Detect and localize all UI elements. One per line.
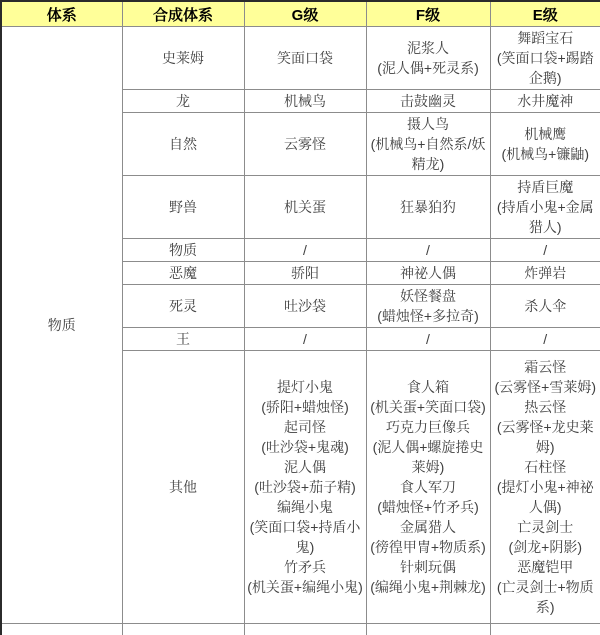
cell-grade-e: 霜云怪 (云雾怪+雪莱姆) 热云怪 (云雾怪+龙史莱姆) 石柱怪 (提灯小鬼+神…: [490, 351, 600, 624]
cell-hecheng: 自然: [122, 113, 244, 176]
cell-hecheng: 死灵: [122, 285, 244, 328]
cell-grade-g: 提灯小鬼 (骄阳+蜡烛怪) 起司怪 (吐沙袋+鬼魂) 泥人偶 (吐沙袋+茄子精)…: [244, 351, 366, 624]
cell-grade-g: 机械鸟: [244, 90, 366, 113]
tixi-group-cell: 物质: [1, 27, 122, 624]
cell-grade-f: /: [366, 239, 490, 262]
cell-grade-g: 机关蛋: [244, 176, 366, 239]
header-cell-grade-f: F级: [366, 1, 490, 27]
cell-grade-e: 持盾巨魔 (持盾小鬼+金属猎人): [490, 176, 600, 239]
cell-grade-g: 笑面口袋: [244, 27, 366, 90]
header-row: 体系 合成体系 G级 F级 E级: [1, 1, 600, 27]
cell-hecheng: 物质: [122, 239, 244, 262]
cell-grade-g: 骄阳: [244, 262, 366, 285]
header-cell-grade-e: E级: [490, 1, 600, 27]
cell-grade-f: 狂暴狛犳: [366, 176, 490, 239]
cell-grade-g: 云雾怪: [244, 113, 366, 176]
cell-grade-g: /: [244, 328, 366, 351]
cell-grade-e: 舞蹈宝石 (笑面口袋+踢踏企鹅): [490, 27, 600, 90]
header-cell-grade-g: G级: [244, 1, 366, 27]
cell-grade-f: 食人箱 (机关蛋+笑面口袋) 巧克力巨像兵 (泥人偶+螺旋捲史莱姆) 食人军刀 …: [366, 351, 490, 624]
cell-grade-f: 神祕人偶: [366, 262, 490, 285]
cell-grade-f-empty: [366, 624, 490, 635]
table-row-next-section-cutoff: [1, 624, 600, 635]
cell-hecheng: 恶魔: [122, 262, 244, 285]
cell-hecheng: 龙: [122, 90, 244, 113]
cell-hecheng: 野兽: [122, 176, 244, 239]
cell-grade-g-empty: [244, 624, 366, 635]
cell-grade-e: 水井魔神: [490, 90, 600, 113]
cell-grade-g: 吐沙袋: [244, 285, 366, 328]
cell-grade-e: /: [490, 328, 600, 351]
cell-grade-e: 杀人伞: [490, 285, 600, 328]
cell-grade-e: 机械鹰 (机械鸟+镰鼬): [490, 113, 600, 176]
cell-grade-f: 击鼓幽灵: [366, 90, 490, 113]
cell-grade-e: 炸弹岩: [490, 262, 600, 285]
cell-hecheng: 史莱姆: [122, 27, 244, 90]
monster-synthesis-table-page: 体系 合成体系 G级 F级 E级 物质 史莱姆 笑面口袋 泥浆人 (泥人偶+死灵…: [0, 0, 600, 635]
cell-grade-f: 泥浆人 (泥人偶+死灵系): [366, 27, 490, 90]
cell-hecheng: 其他: [122, 351, 244, 624]
cell-grade-f: 摄人鸟 (机械鸟+自然系/妖精龙): [366, 113, 490, 176]
cell-hecheng: 王: [122, 328, 244, 351]
cell-tixi-empty: [1, 624, 122, 635]
cell-grade-e-empty: [490, 624, 600, 635]
header-cell-hecheng-tixi: 合成体系: [122, 1, 244, 27]
cell-hecheng-empty: [122, 624, 244, 635]
cell-grade-e: /: [490, 239, 600, 262]
cell-grade-g: /: [244, 239, 366, 262]
synthesis-table: 体系 合成体系 G级 F级 E级 物质 史莱姆 笑面口袋 泥浆人 (泥人偶+死灵…: [0, 0, 600, 635]
header-cell-tixi: 体系: [1, 1, 122, 27]
cell-grade-f: /: [366, 328, 490, 351]
cell-grade-f: 妖怪餐盘 (蜡烛怪+多拉奇): [366, 285, 490, 328]
table-row-slime: 物质 史莱姆 笑面口袋 泥浆人 (泥人偶+死灵系) 舞蹈宝石 (笑面口袋+踢踏企…: [1, 27, 600, 90]
